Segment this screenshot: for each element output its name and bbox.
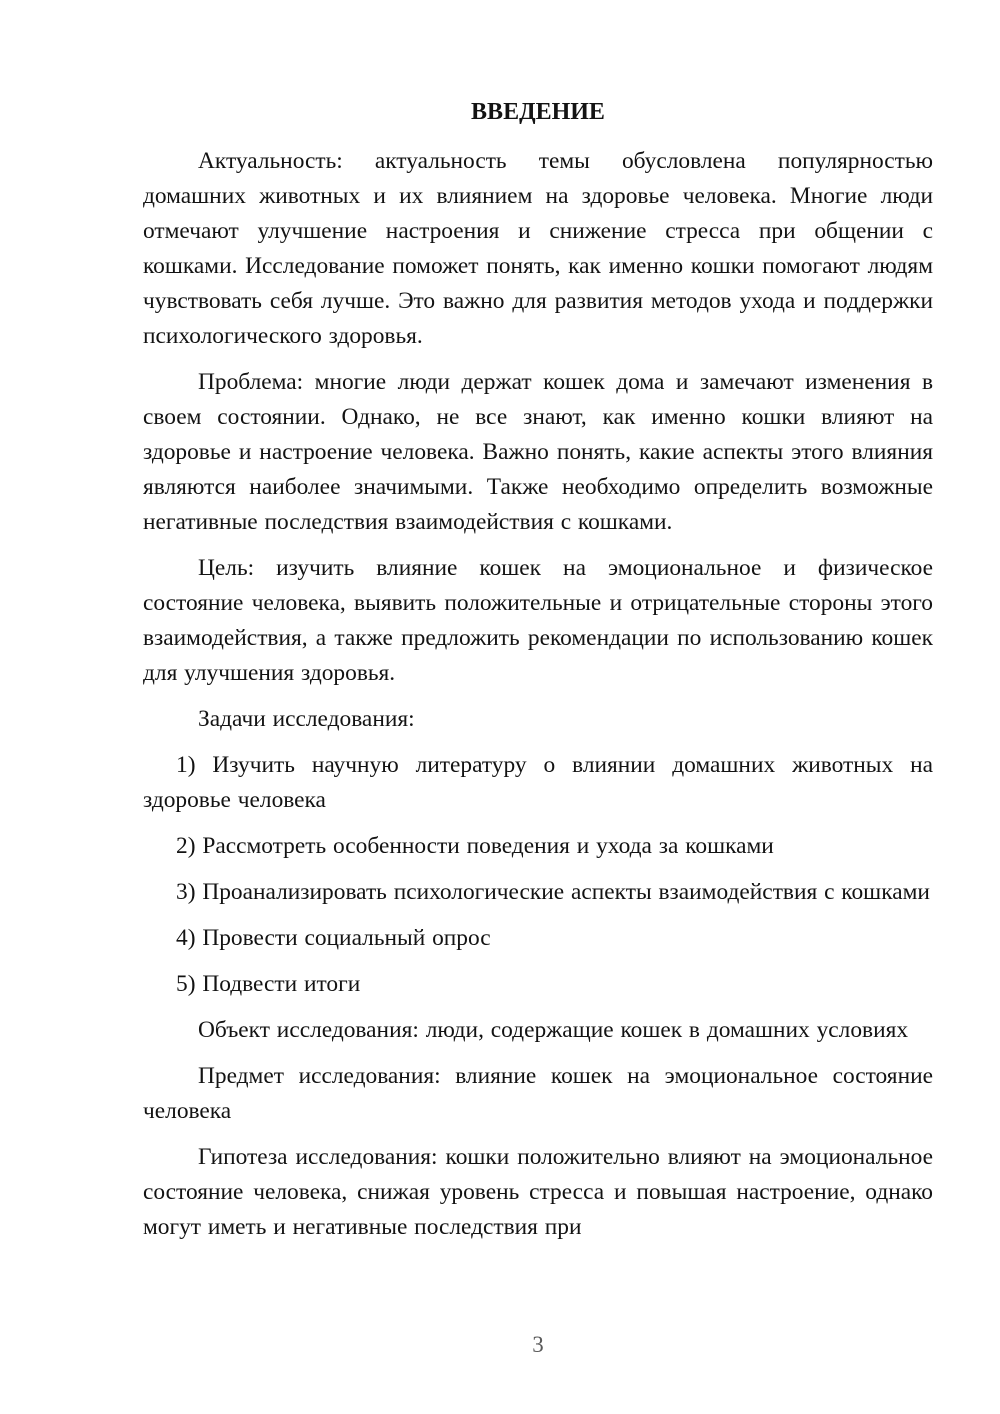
paragraph-object: Объект исследования: люди, содержащие ко… — [143, 1013, 933, 1048]
paragraph-goal: Цель: изучить влияние кошек на эмоционал… — [143, 551, 933, 691]
page-number: 3 — [143, 1330, 933, 1360]
task-item-3: 3) Проанализировать психологические аспе… — [143, 875, 933, 910]
page-title: ВВЕДЕНИЕ — [143, 95, 933, 130]
task-item-5: 5) Подвести итоги — [143, 967, 933, 1002]
task-item-1: 1) Изучить научную литературу о влиянии … — [143, 748, 933, 818]
task-item-4: 4) Провести социальный опрос — [143, 921, 933, 956]
document-page: ВВЕДЕНИЕ Актуальность: актуальность темы… — [0, 0, 1000, 1414]
tasks-heading: Задачи исследования: — [143, 702, 933, 737]
paragraph-subject: Предмет исследования: влияние кошек на э… — [143, 1059, 933, 1129]
paragraph-problem: Проблема: многие люди держат кошек дома … — [143, 365, 933, 540]
task-item-2: 2) Рассмотреть особенности поведения и у… — [143, 829, 933, 864]
paragraph-relevance: Актуальность: актуальность темы обусловл… — [143, 144, 933, 354]
document-content: ВВЕДЕНИЕ Актуальность: актуальность темы… — [143, 95, 933, 1256]
paragraph-hypothesis: Гипотеза исследования: кошки положительн… — [143, 1140, 933, 1245]
